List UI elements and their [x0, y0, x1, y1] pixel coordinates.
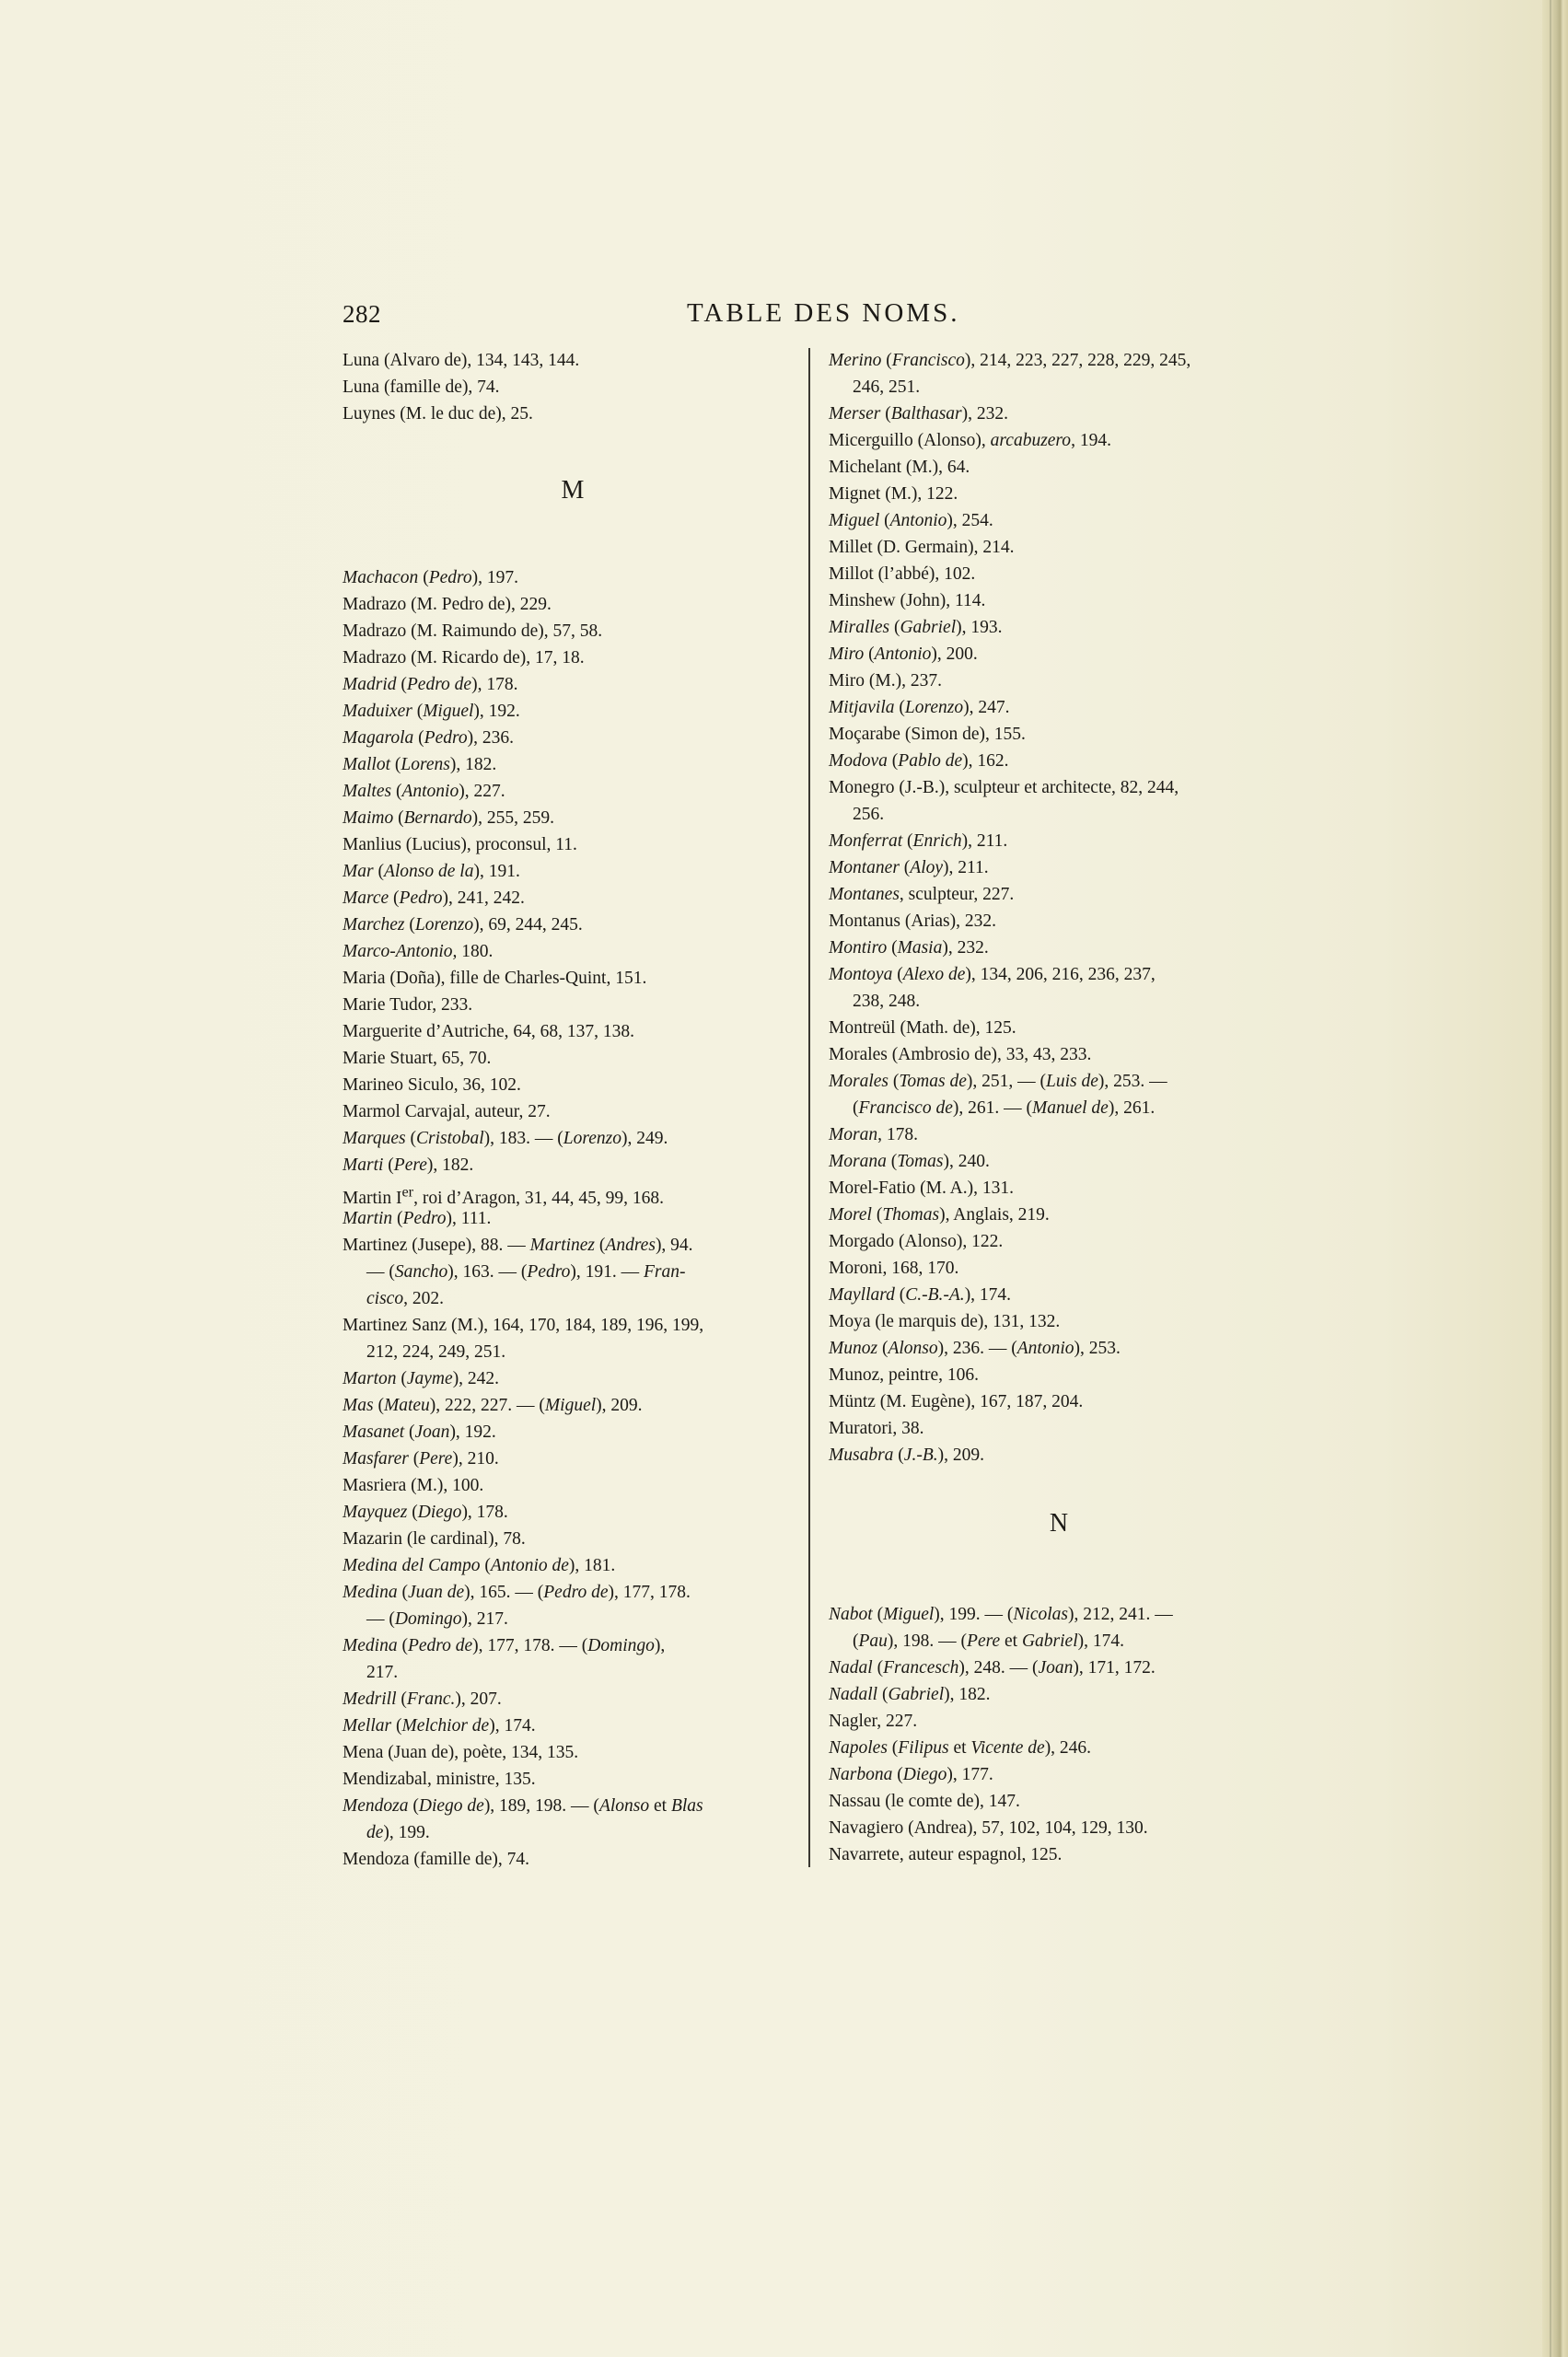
index-entry: Mellar (Melchior de), 174.: [343, 1713, 536, 1739]
section-letter-m: M: [343, 477, 803, 504]
index-entry: Maria (Doña), fille de Charles-Quint, 15…: [343, 965, 646, 992]
index-entry: Mena (Juan de), poète, 134, 135.: [343, 1739, 578, 1766]
index-entry: Millet (D. Germain), 214.: [829, 534, 1014, 561]
index-entry: Mendoza (famille de), 74.: [343, 1846, 529, 1873]
index-entry: Manlius (Lucius), proconsul, 11.: [343, 831, 577, 858]
index-entry: Navagiero (Andrea), 57, 102, 104, 129, 1…: [829, 1815, 1148, 1841]
page-edge-line: [1550, 0, 1551, 2357]
index-entry: Montoya (Alexo de), 134, 206, 216, 236, …: [829, 961, 1156, 1015]
section-letter-n: N: [829, 1510, 1289, 1537]
index-entry: Modova (Pablo de), 162.: [829, 748, 1009, 774]
index-entry: Mignet (M.), 122.: [829, 481, 958, 507]
index-entry: Marchez (Lorenzo), 69, 244, 245.: [343, 911, 583, 938]
index-entry: Marques (Cristobal), 183. — (Lorenzo), 2…: [343, 1125, 668, 1152]
index-entry: Mayllard (C.-B.-A.), 174.: [829, 1282, 1011, 1308]
index-entry: Mendizabal, ministre, 135.: [343, 1766, 536, 1793]
index-entry: Morales (Tomas de), 251, — (Luis de), 25…: [829, 1068, 1167, 1121]
index-entry: Nadal (Francesch), 248. — (Joan), 171, 1…: [829, 1655, 1156, 1681]
index-entry: Montiro (Masia), 232.: [829, 935, 989, 961]
index-entry: Morel (Thomas), Anglais, 219.: [829, 1202, 1050, 1228]
index-entry: Marce (Pedro), 241, 242.: [343, 885, 525, 911]
running-title: TABLE DES NOMS.: [687, 298, 959, 329]
index-entry: Marco-Antonio, 180.: [343, 938, 493, 965]
index-entry: Nabot (Miguel), 199. — (Nicolas), 212, 2…: [829, 1601, 1173, 1655]
index-entry: Nagler, 227.: [829, 1708, 917, 1735]
index-entry: Medina (Pedro de), 177, 178. — (Domingo)…: [343, 1632, 665, 1686]
index-entry: Narbona (Diego), 177.: [829, 1761, 993, 1788]
index-entry: Morel-Fatio (M. A.), 131.: [829, 1175, 1014, 1202]
index-entry: Mas (Mateu), 222, 227. — (Miguel), 209.: [343, 1392, 643, 1419]
index-entry: Moçarabe (Simon de), 155.: [829, 721, 1026, 748]
index-entry: Merino (Francisco), 214, 223, 227, 228, …: [829, 347, 1191, 401]
index-entry: Moya (le marquis de), 131, 132.: [829, 1308, 1060, 1335]
index-entry: Miro (M.), 237.: [829, 668, 942, 694]
index-entry: Marguerite d’Autriche, 64, 68, 137, 138.: [343, 1018, 634, 1045]
index-entry: Montreül (Math. de), 125.: [829, 1015, 1016, 1041]
index-entry: Luna (Alvaro de), 134, 143, 144.: [343, 347, 579, 374]
index-entry: Martin (Pedro), 111.: [343, 1205, 491, 1232]
index-entry: Musabra (J.-B.), 209.: [829, 1442, 984, 1469]
index-entry: Martinez (Jusepe), 88. — Martinez (Andre…: [343, 1232, 693, 1285]
column-divider: [808, 348, 810, 1867]
index-entry: Masfarer (Pere), 210.: [343, 1446, 499, 1472]
index-entry: Machacon (Pedro), 197.: [343, 564, 518, 591]
index-entry: Marie Stuart, 65, 70.: [343, 1045, 491, 1072]
index-entry: Maduixer (Miguel), 192.: [343, 698, 520, 725]
index-entry: Marton (Jayme), 242.: [343, 1365, 499, 1392]
index-entry: cisco, 202.: [343, 1285, 444, 1312]
index-entry: Mitjavila (Lorenzo), 247.: [829, 694, 1009, 721]
index-entry: Montanus (Arias), 232.: [829, 908, 996, 935]
index-entry: Morana (Tomas), 240.: [829, 1148, 990, 1175]
index-entry: Madrazo (M. Raimundo de), 57, 58.: [343, 618, 602, 644]
index-entry: Maimo (Bernardo), 255, 259.: [343, 805, 554, 831]
index-entry: Mallot (Lorens), 182.: [343, 751, 496, 778]
index-entry: Miralles (Gabriel), 193.: [829, 614, 1003, 641]
index-entry: Montaner (Aloy), 211.: [829, 854, 989, 881]
index-entry: Magarola (Pedro), 236.: [343, 725, 514, 751]
index-entry: Monferrat (Enrich), 211.: [829, 828, 1007, 854]
index-entry: Medrill (Franc.), 207.: [343, 1686, 502, 1713]
index-entry: Medina (Juan de), 165. — (Pedro de), 177…: [343, 1579, 691, 1632]
index-entry: Moroni, 168, 170.: [829, 1255, 958, 1282]
index-entry: Masriera (M.), 100.: [343, 1472, 483, 1499]
index-entry: Martinez Sanz (M.), 164, 170, 184, 189, …: [343, 1312, 703, 1365]
index-entry: Michelant (M.), 64.: [829, 454, 970, 481]
index-entry: Moran, 178.: [829, 1121, 918, 1148]
index-entry: Mendoza (Diego de), 189, 198. — (Alonso …: [343, 1793, 703, 1846]
index-entry: Mayquez (Diego), 178.: [343, 1499, 508, 1526]
index-entry: Luna (famille de), 74.: [343, 374, 500, 401]
index-entry: Millot (l’abbé), 102.: [829, 561, 975, 587]
index-entry: Nassau (le comte de), 147.: [829, 1788, 1020, 1815]
index-entry: Muratori, 38.: [829, 1415, 923, 1442]
index-entry: Minshew (John), 114.: [829, 587, 985, 614]
index-entry: Miro (Antonio), 200.: [829, 641, 978, 668]
index-entry: Miguel (Antonio), 254.: [829, 507, 993, 534]
index-entry: Morales (Ambrosio de), 33, 43, 233.: [829, 1041, 1091, 1068]
index-entry: Merser (Balthasar), 232.: [829, 401, 1008, 427]
index-entry: Müntz (M. Eugène), 167, 187, 204.: [829, 1388, 1083, 1415]
index-entry: Napoles (Filipus et Vicente de), 246.: [829, 1735, 1091, 1761]
index-entry: Marie Tudor, 233.: [343, 992, 472, 1018]
index-entry: Navarrete, auteur espagnol, 125.: [829, 1841, 1062, 1868]
index-entry: Morgado (Alonso), 122.: [829, 1228, 1003, 1255]
index-entry: Monegro (J.-B.), sculpteur et architecte…: [829, 774, 1179, 828]
index-entry: Nadall (Gabriel), 182.: [829, 1681, 991, 1708]
index-entry: Marti (Pere), 182.: [343, 1152, 473, 1178]
index-entry: Medina del Campo (Antonio de), 181.: [343, 1552, 615, 1579]
index-entry: Mazarin (le cardinal), 78.: [343, 1526, 526, 1552]
index-entry: Munoz (Alonso), 236. — (Antonio), 253.: [829, 1335, 1121, 1362]
index-entry: Luynes (M. le duc de), 25.: [343, 401, 533, 427]
index-entry: Madrazo (M. Pedro de), 229.: [343, 591, 552, 618]
book-page: 282 TABLE DES NOMS. Luna (Alvaro de), 13…: [0, 0, 1568, 2357]
index-entry: Micerguillo (Alonso), arcabuzero, 194.: [829, 427, 1111, 454]
index-entry: Masanet (Joan), 192.: [343, 1419, 496, 1446]
index-entry: Maltes (Antonio), 227.: [343, 778, 505, 805]
index-entry: Madrazo (M. Ricardo de), 17, 18.: [343, 644, 585, 671]
page-edge: [1542, 0, 1568, 2357]
index-entry: Munoz, peintre, 106.: [829, 1362, 979, 1388]
index-entry: Marmol Carvajal, auteur, 27.: [343, 1098, 551, 1125]
page-number: 282: [343, 300, 381, 329]
index-entry: Madrid (Pedro de), 178.: [343, 671, 517, 698]
index-entry: Montanes, sculpteur, 227.: [829, 881, 1014, 908]
index-entry: Marineo Siculo, 36, 102.: [343, 1072, 521, 1098]
index-entry: Mar (Alonso de la), 191.: [343, 858, 520, 885]
